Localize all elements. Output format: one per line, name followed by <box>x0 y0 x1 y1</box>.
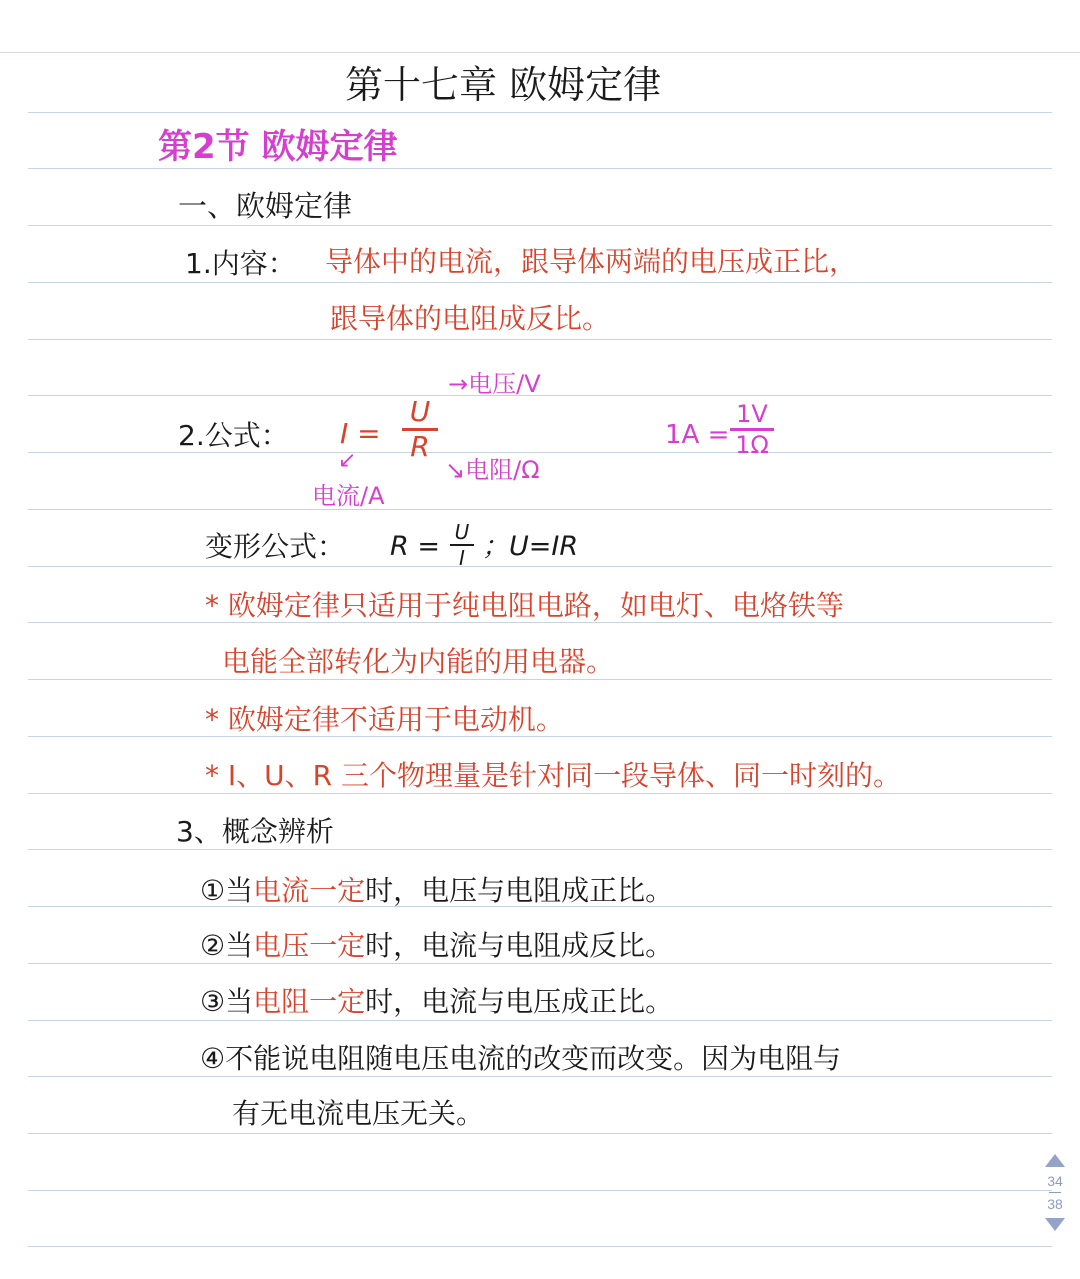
item-prefix: 当 <box>225 874 253 907</box>
page-navigator: 34 38 <box>1038 1154 1072 1231</box>
variant-formula-rest: ；U=IR <box>482 533 578 560</box>
item-condition: 电流一定 <box>253 874 365 907</box>
formula-lhs: I = <box>340 420 381 448</box>
page-separator <box>1049 1192 1061 1193</box>
ruled-line <box>28 168 1052 169</box>
resistance-annotation: ↘电阻/Ω <box>445 458 540 482</box>
item-condition: 电压一定 <box>253 929 365 962</box>
ruled-line <box>28 963 1052 964</box>
content-label: 1.内容： <box>185 250 296 278</box>
variant-formula-label: 变形公式： <box>205 533 345 561</box>
item-condition: 电阻一定 <box>253 985 365 1018</box>
note-2: * 欧姆定律不适用于电动机。 <box>205 706 564 734</box>
variant-fraction: U I <box>450 522 474 568</box>
current-page-number: 34 <box>1047 1173 1063 1189</box>
variant-denominator: I <box>459 548 465 568</box>
item-conclusion: 时，电流与电压成正比。 <box>365 985 673 1018</box>
unit-denominator: 1Ω <box>735 433 769 457</box>
item-conclusion: 时，电流与电阻成反比。 <box>365 929 673 962</box>
formula-label: 2.公式： <box>178 422 289 450</box>
ruled-line <box>28 225 1052 226</box>
ruled-line <box>28 282 1052 283</box>
unit-relation-fraction: 1V 1Ω <box>730 402 774 457</box>
note-1: * 欧姆定律只适用于纯电阻电路，如电灯、电烙铁等 <box>205 592 844 620</box>
voltage-annotation: →电压/V <box>448 372 541 396</box>
total-pages: 38 <box>1047 1196 1063 1212</box>
ruled-line <box>28 1246 1052 1247</box>
ruled-line <box>28 1133 1052 1134</box>
previous-page-icon[interactable] <box>1045 1154 1065 1167</box>
part1-heading: 一、欧姆定律 <box>178 192 352 221</box>
note-3: * I、U、R 三个物理量是针对同一段导体、同一时刻的。 <box>205 762 901 790</box>
part3-heading: 3、概念辨析 <box>176 818 334 846</box>
analysis-item-3: ③当电阻一定时，电流与电压成正比。 <box>200 988 673 1016</box>
content-line-2: 跟导体的电阻成反比。 <box>330 305 610 333</box>
ruled-line <box>28 339 1052 340</box>
ruled-line <box>28 736 1052 737</box>
unit-numerator: 1V <box>736 402 768 426</box>
ruled-line <box>28 622 1052 623</box>
ruled-line <box>28 1190 1052 1191</box>
item-number: ① <box>200 874 225 907</box>
variant-numerator: U <box>455 522 470 542</box>
item-number: ② <box>200 929 225 962</box>
item-text: 不能说电阻随电压电流的改变而改变。因为电阻与 <box>225 1042 841 1075</box>
ruled-line <box>28 849 1052 850</box>
ruled-line <box>28 1076 1052 1077</box>
analysis-item-4: ④不能说电阻随电压电流的改变而改变。因为电阻与 <box>200 1045 841 1073</box>
note-1-continued: 电能全部转化为内能的用电器。 <box>222 648 614 676</box>
ruled-line <box>28 566 1052 567</box>
formula-numerator: U <box>410 398 431 426</box>
ruled-line <box>28 509 1052 510</box>
unit-relation-lhs: 1A = <box>665 422 729 448</box>
current-annotation: 电流/A <box>312 484 385 508</box>
formula-fraction: U R <box>402 398 438 461</box>
item-conclusion: 时，电压与电阻成正比。 <box>365 874 673 907</box>
variant-formula-lhs: R = <box>390 533 440 560</box>
ruled-line <box>28 112 1052 113</box>
item-number: ③ <box>200 985 225 1018</box>
content-line-1: 导体中的电流，跟导体两端的电压成正比， <box>325 248 857 276</box>
ruled-line <box>28 452 1052 453</box>
section-title: 第2节 欧姆定律 <box>158 130 398 164</box>
item-prefix: 当 <box>225 929 253 962</box>
item-prefix: 当 <box>225 985 253 1018</box>
chapter-title: 第十七章 欧姆定律 <box>345 66 661 104</box>
analysis-item-1: ①当电流一定时，电压与电阻成正比。 <box>200 877 673 905</box>
ruled-line <box>28 793 1052 794</box>
formula-denominator: R <box>410 433 429 461</box>
page-top-border <box>0 52 1080 53</box>
item-number: ④ <box>200 1042 225 1075</box>
ruled-line <box>28 1020 1052 1021</box>
ruled-line <box>28 679 1052 680</box>
current-arrow-icon: ↙ <box>338 450 356 472</box>
analysis-item-2: ②当电压一定时，电流与电阻成反比。 <box>200 932 673 960</box>
analysis-item-4-continued: 有无电流电压无关。 <box>232 1100 484 1128</box>
next-page-icon[interactable] <box>1045 1218 1065 1231</box>
